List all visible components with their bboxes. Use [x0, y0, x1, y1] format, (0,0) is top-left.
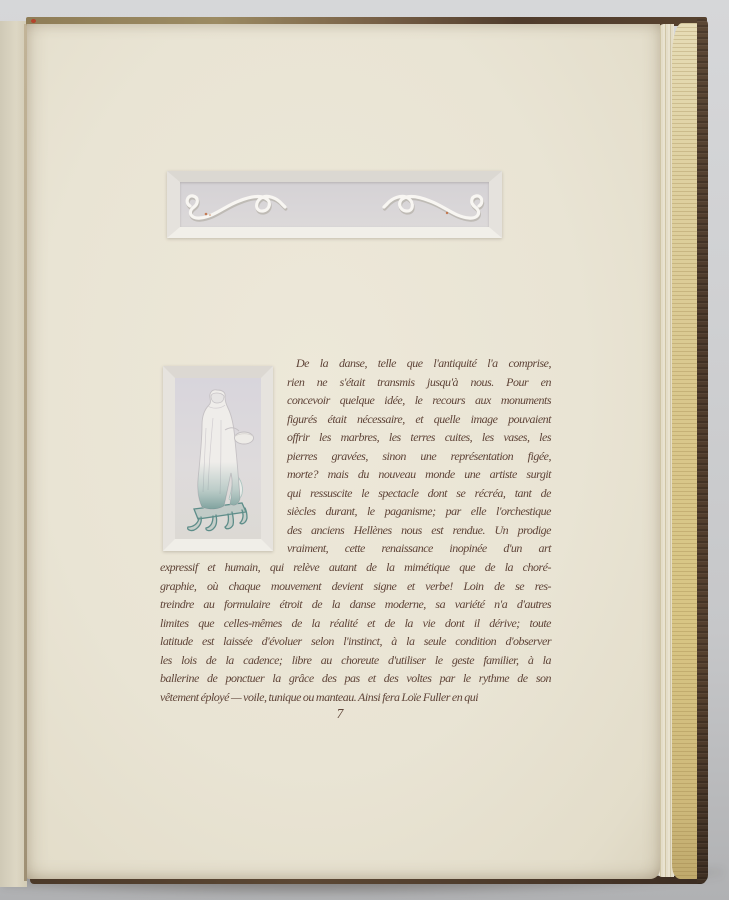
text-line: De la danse, telle que l'antiquité l'a c…	[287, 354, 551, 373]
book-photograph: De la danse, telle que l'antiquité l'a c…	[0, 0, 729, 900]
gilt-fore-edge	[672, 23, 698, 879]
text-line: pierres gravées, sinon une représentatio…	[287, 447, 551, 466]
text-line: ballerine de ponctuer la grâce des pas e…	[160, 669, 551, 688]
text-line: figurés était nécessaire, et quelle imag…	[287, 410, 551, 429]
text-line: graphie, où chaque mouvement devient sig…	[160, 577, 551, 596]
text-block-indented: De la danse, telle que l'antiquité l'a c…	[287, 354, 551, 558]
text-line: vraiment, cette renaissance inopinée d'u…	[287, 539, 551, 558]
text-line: siècles durant, le paganisme; par elle l…	[287, 502, 551, 521]
ornament-row	[180, 182, 489, 227]
right-whiplash-ornament-icon	[381, 185, 487, 225]
text-line: vêtement éployé — voile, tunique ou mant…	[160, 688, 551, 707]
text-line: des anciens Hellènes nous est rendue. Un…	[287, 521, 551, 540]
text-line: les lois de la cadence; libre au choreut…	[160, 651, 551, 670]
headband-red-speck	[31, 19, 36, 23]
text-line: qui ressuscite le spectacle dont se récr…	[287, 484, 551, 503]
draped-dancer-figurine-icon	[175, 378, 261, 539]
text-line: concevoir quelque idée, le recours aux m…	[287, 391, 551, 410]
text-line: limites que celles-mêmes de la réalité e…	[160, 614, 551, 633]
left-flyleaf-edge	[0, 21, 27, 887]
embossed-header-panel	[167, 171, 502, 238]
text-line: offrir les marbres, les terres cuites, l…	[287, 428, 551, 447]
text-block-full-width: expressif et humain, qui relève autant d…	[160, 558, 551, 706]
left-whiplash-ornament-icon	[182, 185, 288, 225]
text-line: expressif et humain, qui relève autant d…	[160, 558, 551, 577]
text-line: morte? mais du nouveau monde une artiste…	[287, 465, 551, 484]
page-number: 7	[160, 706, 520, 722]
text-line: rien ne s'était transmis jusqu'à nous. P…	[287, 373, 551, 392]
text-line: latitude est laissée d'évoluer selon l'i…	[160, 632, 551, 651]
right-cover-board	[697, 19, 708, 884]
text-line: treindre au formulaire étroit de la dans…	[160, 595, 551, 614]
figure-plate	[163, 366, 273, 551]
